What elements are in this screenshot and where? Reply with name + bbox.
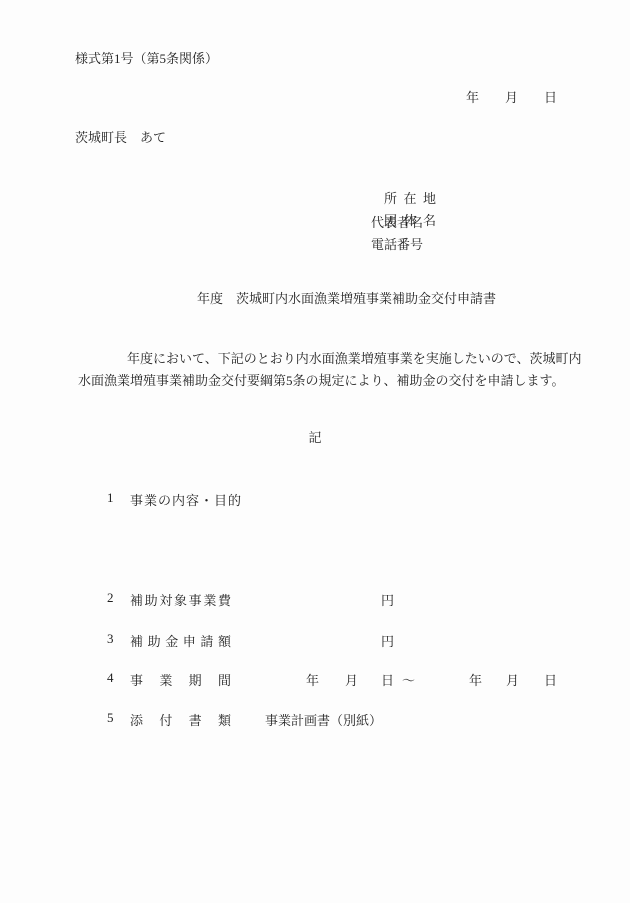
period-end-day-label: 日 — [544, 670, 557, 689]
item-1-number: 1 — [107, 490, 114, 506]
item-4-label: 事業期間 — [130, 670, 231, 689]
period-start-year-label: 年 — [306, 670, 319, 689]
item-5-value: 事業計画書（別紙） — [265, 710, 382, 729]
period-end-month-label: 月 — [506, 670, 519, 689]
item-2-label: 補助対象事業費 — [130, 590, 231, 609]
application-form-page: 様式第1号（第5条関係） 年 月 日 茨城町長 あて 所在地 団体名 代表者名 … — [0, 0, 630, 903]
item-1-row: 1 事業の内容・目的 — [0, 490, 630, 510]
period-tilde: ～ — [402, 670, 415, 689]
ki-marker: 記 — [0, 428, 630, 448]
body-line-2: 水面漁業増殖事業補助金交付要綱第5条の規定により、補助金の交付を申請します。 — [78, 370, 564, 391]
item-3-label: 補助金申請額 — [130, 631, 231, 650]
item-3-number: 3 — [107, 631, 114, 647]
applicant-representative-label: 代表者名 — [371, 213, 423, 233]
period-start-day-label: 日 — [381, 670, 394, 689]
period-start-month-label: 月 — [345, 670, 358, 689]
applicant-phone-label: 電話番号 — [371, 235, 423, 255]
item-2-unit: 円 — [381, 590, 394, 609]
item-1-label: 事業の内容・目的 — [130, 490, 242, 509]
item-3-unit: 円 — [381, 631, 394, 650]
addressee: 茨城町長 あて — [75, 128, 166, 148]
item-5-row: 5 添付書類 事業計画書（別紙） — [0, 710, 630, 730]
item-4-number: 4 — [107, 670, 114, 686]
period-end-year-label: 年 — [469, 670, 482, 689]
item-5-label: 添付書類 — [130, 710, 231, 729]
document-title: 年度 茨城町内水面漁業増殖事業補助金交付申請書 — [197, 289, 496, 309]
item-3-row: 3 補助金申請額 円 — [0, 631, 630, 651]
item-5-number: 5 — [107, 710, 114, 726]
item-4-row: 4 事業期間 年 月 日 ～ 年 月 日 — [0, 670, 630, 690]
form-number: 様式第1号（第5条関係） — [75, 49, 218, 69]
body-line-1: 年度において、下記のとおり内水面漁業増殖事業を実施したいので、茨城町内 — [78, 348, 581, 369]
date-line: 年 月 日 — [466, 88, 557, 108]
item-2-row: 2 補助対象事業費 円 — [0, 590, 630, 610]
item-2-number: 2 — [107, 590, 114, 606]
